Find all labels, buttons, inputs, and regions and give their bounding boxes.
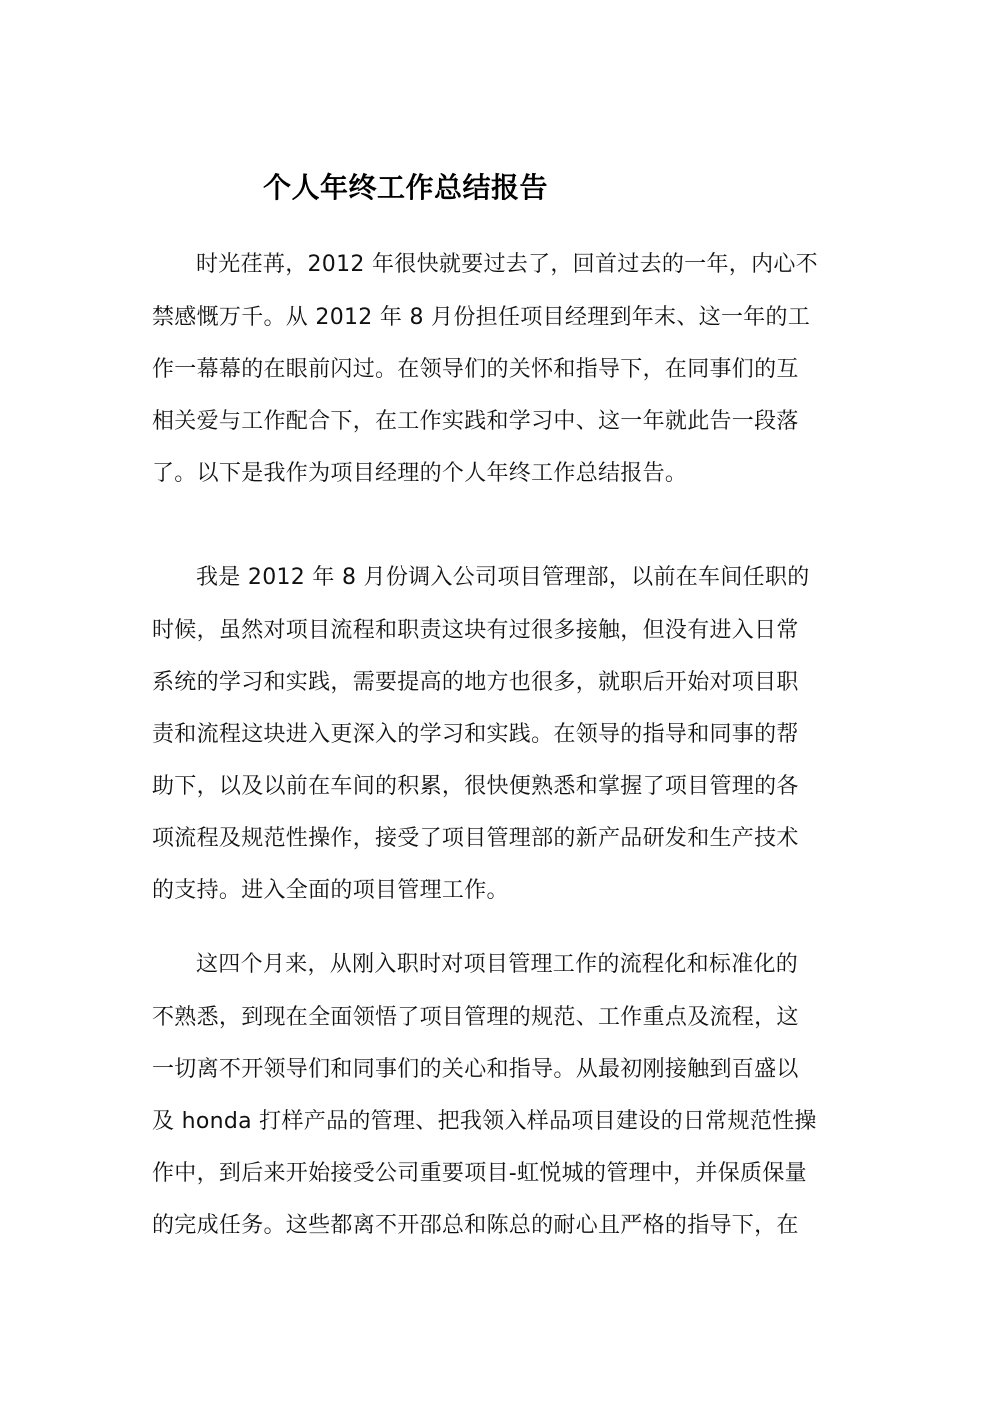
- paragraph-line: 时候，虽然对项目流程和职责这块有过很多接触，但没有进入日常: [152, 616, 852, 646]
- paragraph-line: 禁感慨万千。从 2012 年 8 月份担任项目经理到年末、这一年的工: [152, 303, 852, 333]
- paragraph-line: 责和流程这块进入更深入的学习和实践。在领导的指导和同事的帮: [152, 720, 852, 750]
- document-page: 个人年终工作总结报告 时光荏苒，2012 年很快就要过去了，回首过去的一年，内心…: [0, 0, 1000, 1415]
- paragraph-line: 项流程及规范性操作，接受了项目管理部的新产品研发和生产技术: [152, 824, 852, 854]
- paragraph-line: 作一幕幕的在眼前闪过。在领导们的关怀和指导下，在同事们的互: [152, 355, 852, 385]
- document-title: 个人年终工作总结报告: [263, 166, 548, 206]
- paragraph-line: 这四个月来，从刚入职时对项目管理工作的流程化和标准化的: [196, 950, 896, 980]
- paragraph-line: 及 honda 打样产品的管理、把我领入样品项目建设的日常规范性操: [152, 1107, 852, 1137]
- paragraph-line: 系统的学习和实践，需要提高的地方也很多，就职后开始对项目职: [152, 668, 852, 698]
- paragraph-line: 一切离不开领导们和同事们的关心和指导。从最初刚接触到百盛以: [152, 1055, 852, 1085]
- paragraph-line: 助下，以及以前在车间的积累，很快便熟悉和掌握了项目管理的各: [152, 772, 852, 802]
- paragraph-line: 时光荏苒，2012 年很快就要过去了，回首过去的一年，内心不: [196, 250, 896, 280]
- paragraph-line: 我是 2012 年 8 月份调入公司项目管理部，以前在车间任职的: [196, 563, 896, 593]
- paragraph-line: 不熟悉，到现在全面领悟了项目管理的规范、工作重点及流程，这: [152, 1003, 852, 1033]
- paragraph-line: 了。以下是我作为项目经理的个人年终工作总结报告。: [152, 459, 852, 489]
- paragraph-line: 作中，到后来开始接受公司重要项目-虹悦城的管理中，并保质保量: [152, 1159, 852, 1189]
- paragraph-line: 的完成任务。这些都离不开邵总和陈总的耐心且严格的指导下，在: [152, 1211, 852, 1241]
- paragraph-line: 的支持。进入全面的项目管理工作。: [152, 876, 852, 906]
- paragraph-line: 相关爱与工作配合下，在工作实践和学习中、这一年就此告一段落: [152, 407, 852, 437]
